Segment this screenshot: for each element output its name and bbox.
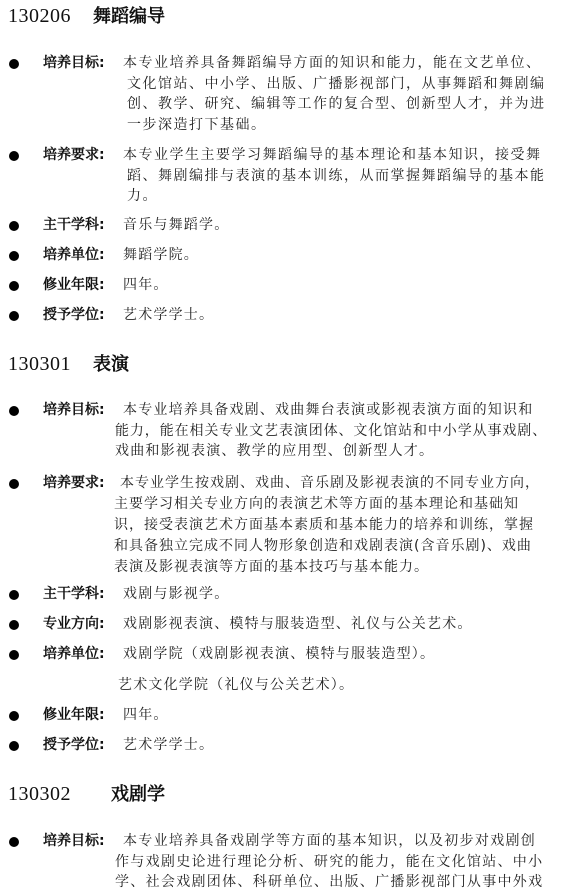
item-text: 戏剧与影视学。 bbox=[123, 582, 229, 605]
item-label: 专业方向: bbox=[43, 612, 105, 636]
item-text: 本专业培养具备戏剧学等方面的基本知识，以及初步对戏剧创 作与戏剧史论进行理论分析… bbox=[123, 829, 543, 892]
section-heading-130302: 130302戏剧学 bbox=[8, 782, 165, 807]
bullet-icon bbox=[9, 620, 19, 630]
item-label: 培养目标: bbox=[43, 398, 105, 422]
item-text: 本专业培养具备戏剧、戏曲舞台表演或影视表演方面的知识和 能力，能在相关专业文艺表… bbox=[123, 398, 547, 462]
item-label: 培养单位: bbox=[43, 642, 105, 666]
item-text: 戏剧影视表演、模特与服装造型、礼仪与公关艺术。 bbox=[123, 612, 473, 635]
item-text: 本专业培养具备舞蹈编导方面的知识和能力，能在文艺单位、 文化馆站、中小学、出版、… bbox=[123, 51, 546, 135]
item-label: 培养要求: bbox=[43, 143, 105, 167]
bullet-icon bbox=[9, 741, 19, 751]
item-text: 戏剧学院（戏剧影视表演、模特与服装造型）。 bbox=[123, 642, 435, 665]
major-title: 舞蹈编导 bbox=[93, 6, 165, 27]
bullet-icon bbox=[9, 711, 19, 721]
section-heading-130301: 130301表演 bbox=[8, 352, 129, 377]
bullet-icon bbox=[9, 221, 19, 231]
bullet-icon bbox=[9, 650, 19, 660]
item-label: 修业年限: bbox=[43, 273, 105, 297]
bullet-icon bbox=[9, 59, 19, 69]
bullet-icon bbox=[9, 590, 19, 600]
bullet-icon bbox=[9, 251, 19, 261]
item-label: 主干学科: bbox=[43, 213, 105, 237]
section-heading-130206: 130206舞蹈编导 bbox=[8, 4, 165, 29]
item-text: 四年。 bbox=[123, 703, 169, 726]
item-text: 四年。 bbox=[123, 273, 169, 296]
item-text: 本专业学生按戏剧、戏曲、音乐剧及影视表演的不同专业方向， 主要学习相关专业方向的… bbox=[120, 471, 540, 578]
item-label: 修业年限: bbox=[43, 703, 105, 727]
major-code: 130302 bbox=[8, 783, 71, 805]
bullet-icon bbox=[9, 311, 19, 321]
item-label: 培养单位: bbox=[43, 243, 105, 267]
major-title: 戏剧学 bbox=[111, 784, 165, 805]
bullet-icon bbox=[9, 281, 19, 291]
bullet-icon bbox=[9, 406, 19, 416]
item-label: 授予学位: bbox=[43, 303, 105, 327]
major-title: 表演 bbox=[93, 354, 129, 375]
item-text: 舞蹈学院。 bbox=[123, 243, 199, 266]
item-text: 艺术学学士。 bbox=[123, 733, 214, 756]
item-label: 主干学科: bbox=[43, 582, 105, 606]
item-text: 艺术文化学院（礼仪与公关艺术）。 bbox=[118, 673, 354, 696]
item-label: 培养目标: bbox=[43, 829, 105, 853]
item-text: 本专业学生主要学习舞蹈编导的基本理论和基本知识，接受舞 蹈、舞剧编排与表演的基本… bbox=[123, 143, 546, 207]
item-label: 授予学位: bbox=[43, 733, 105, 757]
item-text: 艺术学学士。 bbox=[123, 303, 214, 326]
item-text: 音乐与舞蹈学。 bbox=[123, 213, 229, 236]
bullet-icon bbox=[9, 151, 19, 161]
bullet-icon bbox=[9, 479, 19, 489]
major-code: 130206 bbox=[8, 5, 71, 27]
major-code: 130301 bbox=[8, 353, 71, 375]
item-label: 培养要求: bbox=[43, 471, 105, 495]
item-label: 培养目标: bbox=[43, 51, 105, 75]
bullet-icon bbox=[9, 837, 19, 847]
